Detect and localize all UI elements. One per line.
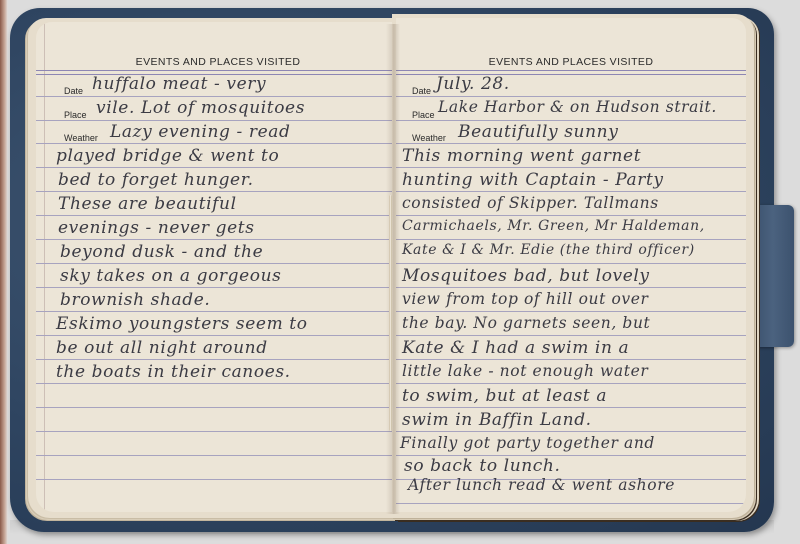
handwritten-line: so back to lunch. (404, 456, 561, 476)
rule-line (396, 383, 746, 384)
date-value: July. 28. (436, 74, 510, 94)
rule-line (36, 335, 392, 336)
weather-label: Weather (412, 133, 446, 143)
handwritten-line: played bridge & went to (56, 146, 279, 166)
place-label: Place (412, 110, 435, 120)
rule-line (396, 503, 746, 504)
place-label: Place (64, 110, 87, 120)
handwritten-line: view from top of hill out over (402, 290, 649, 308)
weather-value: Beautifully sunny (458, 122, 618, 142)
rule-line (396, 431, 746, 432)
handwritten-line: to swim, but at least a (402, 386, 607, 406)
handwritten-line: bed to forget hunger. (58, 170, 254, 190)
place-value: vile. Lot of mosquitoes (96, 98, 305, 118)
rule-line (396, 96, 746, 97)
rule-line (396, 407, 746, 408)
rule-line (396, 263, 746, 264)
date-label: Date (412, 86, 431, 96)
rule-line (396, 191, 746, 192)
rule-line (396, 311, 746, 312)
rule-line (36, 167, 392, 168)
clasp-tab (752, 205, 794, 347)
rule-line (396, 359, 746, 360)
rule-line (396, 120, 746, 121)
handwritten-line: consisted of Skipper. Tallmans (402, 194, 659, 212)
rule-line (36, 311, 392, 312)
handwritten-line: Mosquitoes bad, but lovely (402, 266, 650, 286)
handwritten-line: the boats in their canoes. (56, 362, 291, 382)
rule-line (396, 287, 746, 288)
rule-line (36, 287, 392, 288)
handwritten-line: brownish shade. (60, 290, 210, 310)
rule-line (36, 239, 392, 240)
place-value: Lake Harbor & on Hudson strait. (438, 98, 717, 116)
rule-line (36, 191, 392, 192)
rule-line (36, 383, 392, 384)
left-page: EVENTS AND PLACES VISITED Date huffalo m… (36, 22, 392, 512)
left-page-header: EVENTS AND PLACES VISITED (36, 56, 392, 68)
right-page-header: EVENTS AND PLACES VISITED (396, 56, 746, 68)
handwritten-line: After lunch read & went ashore (408, 476, 675, 494)
rule-line (396, 215, 746, 216)
rule-line (36, 143, 392, 144)
rule-line (36, 407, 392, 408)
handwritten-line: Eskimo youngsters seem to (56, 314, 308, 334)
rule-line (396, 239, 746, 240)
handwritten-line: be out all night around (56, 338, 268, 358)
rule-line (396, 143, 746, 144)
right-page: EVENTS AND PLACES VISITED Date July. 28.… (396, 18, 746, 512)
handwritten-line: hunting with Captain - Party (402, 170, 664, 190)
rule-line (36, 215, 392, 216)
handwritten-line: Finally got party together and (400, 434, 655, 452)
rule-line (396, 167, 746, 168)
rule-line (396, 335, 746, 336)
handwritten-line: These are beautiful (58, 194, 237, 214)
weather-value: Lazy evening - read (110, 122, 291, 142)
pencil-holder (389, 195, 392, 431)
handwritten-line: swim in Baffin Land. (402, 410, 592, 430)
rule-line (36, 455, 392, 456)
handwritten-line: the bay. No garnets seen, but (402, 314, 650, 332)
background-edge (0, 0, 8, 544)
handwritten-line: evenings - never gets (58, 218, 255, 238)
weather-label: Weather (64, 133, 98, 143)
rule-line (36, 263, 392, 264)
handwritten-line: Carmichaels, Mr. Green, Mr Haldeman, (402, 218, 705, 234)
handwritten-line: This morning went garnet (402, 146, 641, 166)
handwritten-line: little lake - not enough water (402, 362, 648, 380)
rule-line (36, 431, 392, 432)
rule-line (36, 479, 392, 480)
handwritten-line: sky takes on a gorgeous (60, 266, 282, 286)
rule-line (36, 96, 392, 97)
handwritten-line: Kate & I & Mr. Edie (the third officer) (402, 242, 695, 258)
date-value: huffalo meat - very (92, 74, 266, 94)
handwritten-line: Kate & I had a swim in a (402, 338, 629, 358)
rule-line (36, 120, 392, 121)
handwritten-line: beyond dusk - and the (60, 242, 263, 262)
date-label: Date (64, 86, 83, 96)
rule-line (36, 359, 392, 360)
